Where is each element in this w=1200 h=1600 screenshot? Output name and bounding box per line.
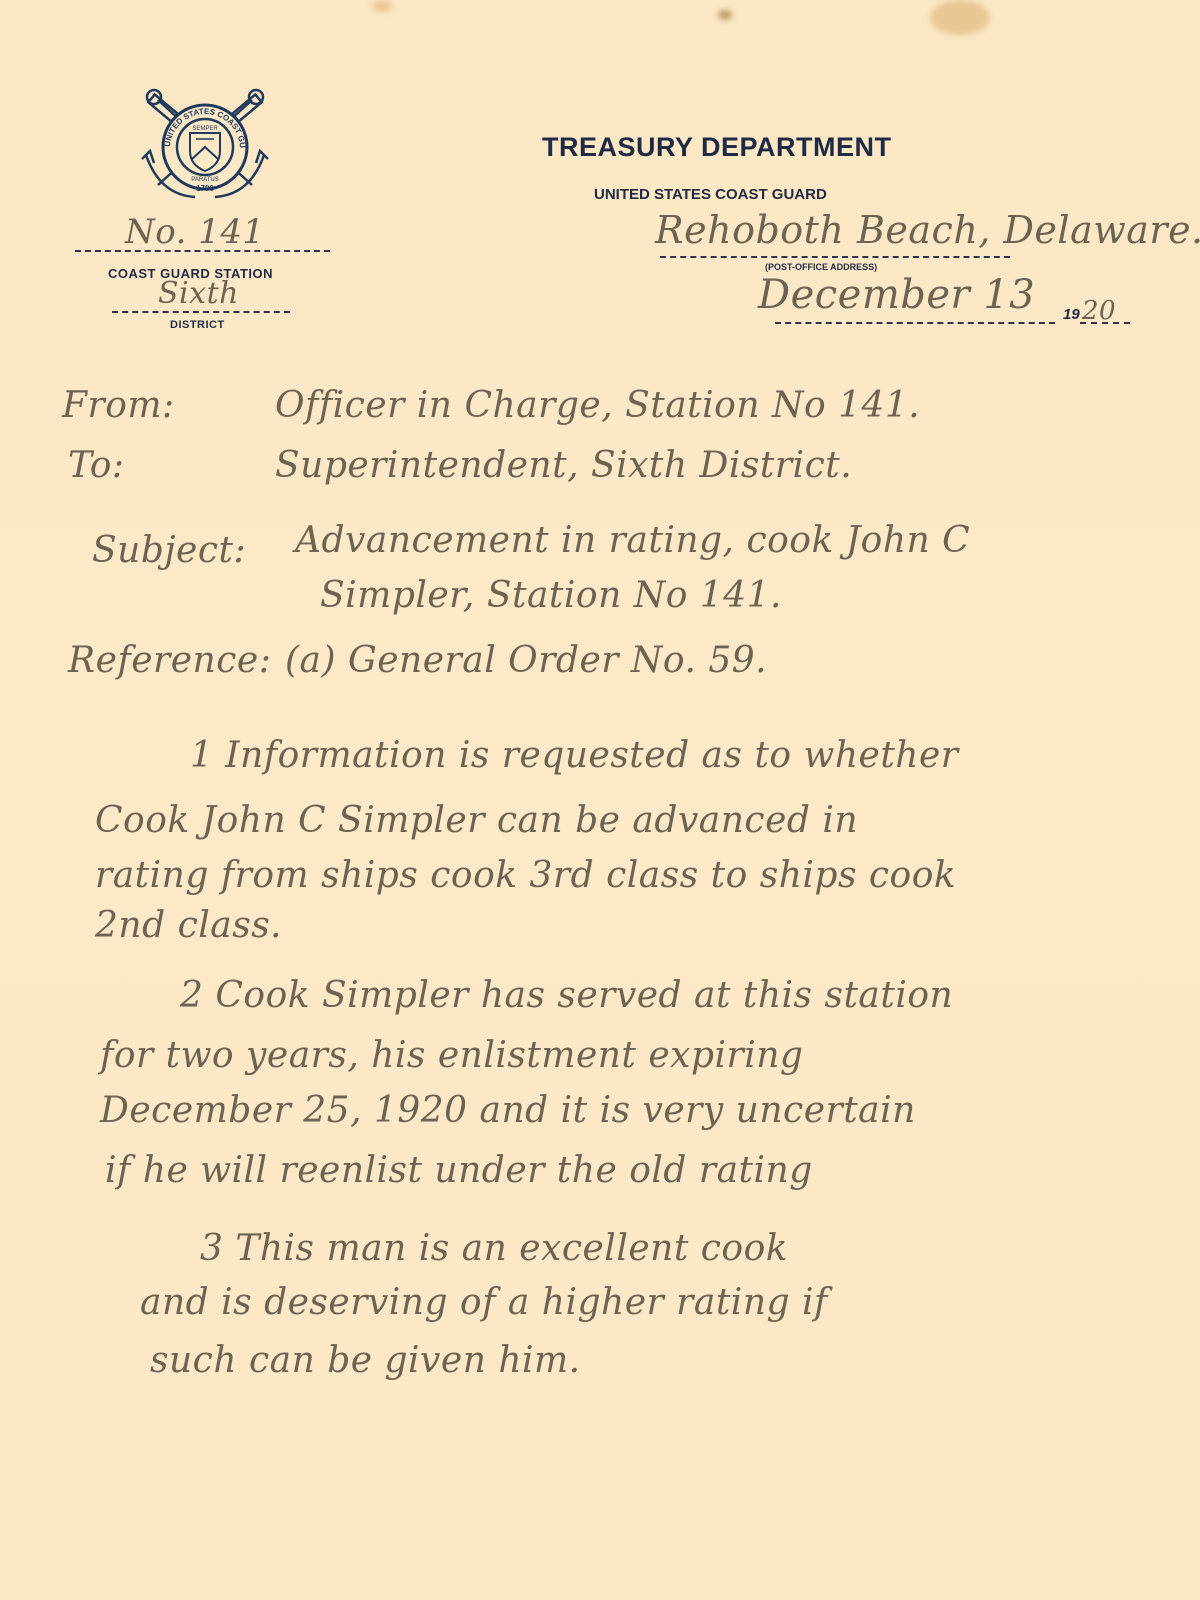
address-label: (POST-OFFICE ADDRESS) <box>765 262 877 272</box>
paragraph-1-line-2: Cook John C Simpler can be advanced in <box>95 800 858 841</box>
coast-guard-seal-icon: UNITED STATES COAST GUARD SEMPER PARATUS… <box>140 85 270 210</box>
paragraph-2-line-2: for two years, his enlistment expiring <box>100 1035 803 1076</box>
paragraph-2-line-4: if he will reenlist under the old rating <box>105 1150 813 1191</box>
seal-motto-bottom: PARATUS <box>191 177 218 183</box>
year-line <box>1080 322 1130 324</box>
subject-line-1: Advancement in rating, cook John C <box>295 520 970 561</box>
district-label: DISTRICT <box>170 319 225 331</box>
letter-page: UNITED STATES COAST GUARD SEMPER PARATUS… <box>0 0 1200 1600</box>
from-label: From: <box>62 385 175 426</box>
paragraph-2-line-3: December 25, 1920 and it is very uncerta… <box>100 1090 916 1131</box>
date-line <box>775 322 1055 324</box>
post-office-address-field: Rehoboth Beach, Delaware. <box>655 208 1200 252</box>
address-line <box>660 256 1010 258</box>
paper-stain <box>372 0 392 12</box>
station-number-line <box>75 250 330 252</box>
paragraph-1-line-1: 1 Information is requested as to whether <box>190 735 959 776</box>
paragraph-3-line-2: and is deserving of a higher rating if <box>140 1282 828 1323</box>
reference-value: (a) General Order No. 59. <box>285 640 767 681</box>
paper-speck <box>718 10 732 20</box>
seal-motto-top: SEMPER <box>192 126 218 132</box>
from-value: Officer in Charge, Station No 141. <box>275 385 920 426</box>
paper-stain <box>930 0 990 35</box>
service-title: UNITED STATES COAST GUARD <box>594 186 827 203</box>
paragraph-3-line-1: 3 This man is an excellent cook <box>200 1228 788 1269</box>
station-number-field: No. 141 <box>125 212 265 252</box>
paragraph-1-line-3: rating from ships cook 3rd class to ship… <box>95 855 956 896</box>
subject-line-2: Simpler, Station No 141. <box>320 575 782 616</box>
district-field: Sixth <box>158 276 239 311</box>
to-label: To: <box>68 445 125 486</box>
reference-label: Reference: <box>68 640 271 681</box>
paragraph-1-line-4: 2nd class. <box>95 905 282 946</box>
subject-label: Subject: <box>92 530 246 571</box>
department-title: TREASURY DEPARTMENT <box>542 132 892 163</box>
date-field: December 13 <box>758 272 1035 318</box>
paragraph-3-line-3: such can be given him. <box>150 1340 581 1381</box>
district-line <box>112 311 290 313</box>
year-prefix: 19 <box>1063 306 1080 323</box>
paragraph-2-line-1: 2 Cook Simpler has served at this statio… <box>180 975 953 1016</box>
to-value: Superintendent, Sixth District. <box>275 445 852 486</box>
seal-year: 1790 <box>196 184 214 193</box>
